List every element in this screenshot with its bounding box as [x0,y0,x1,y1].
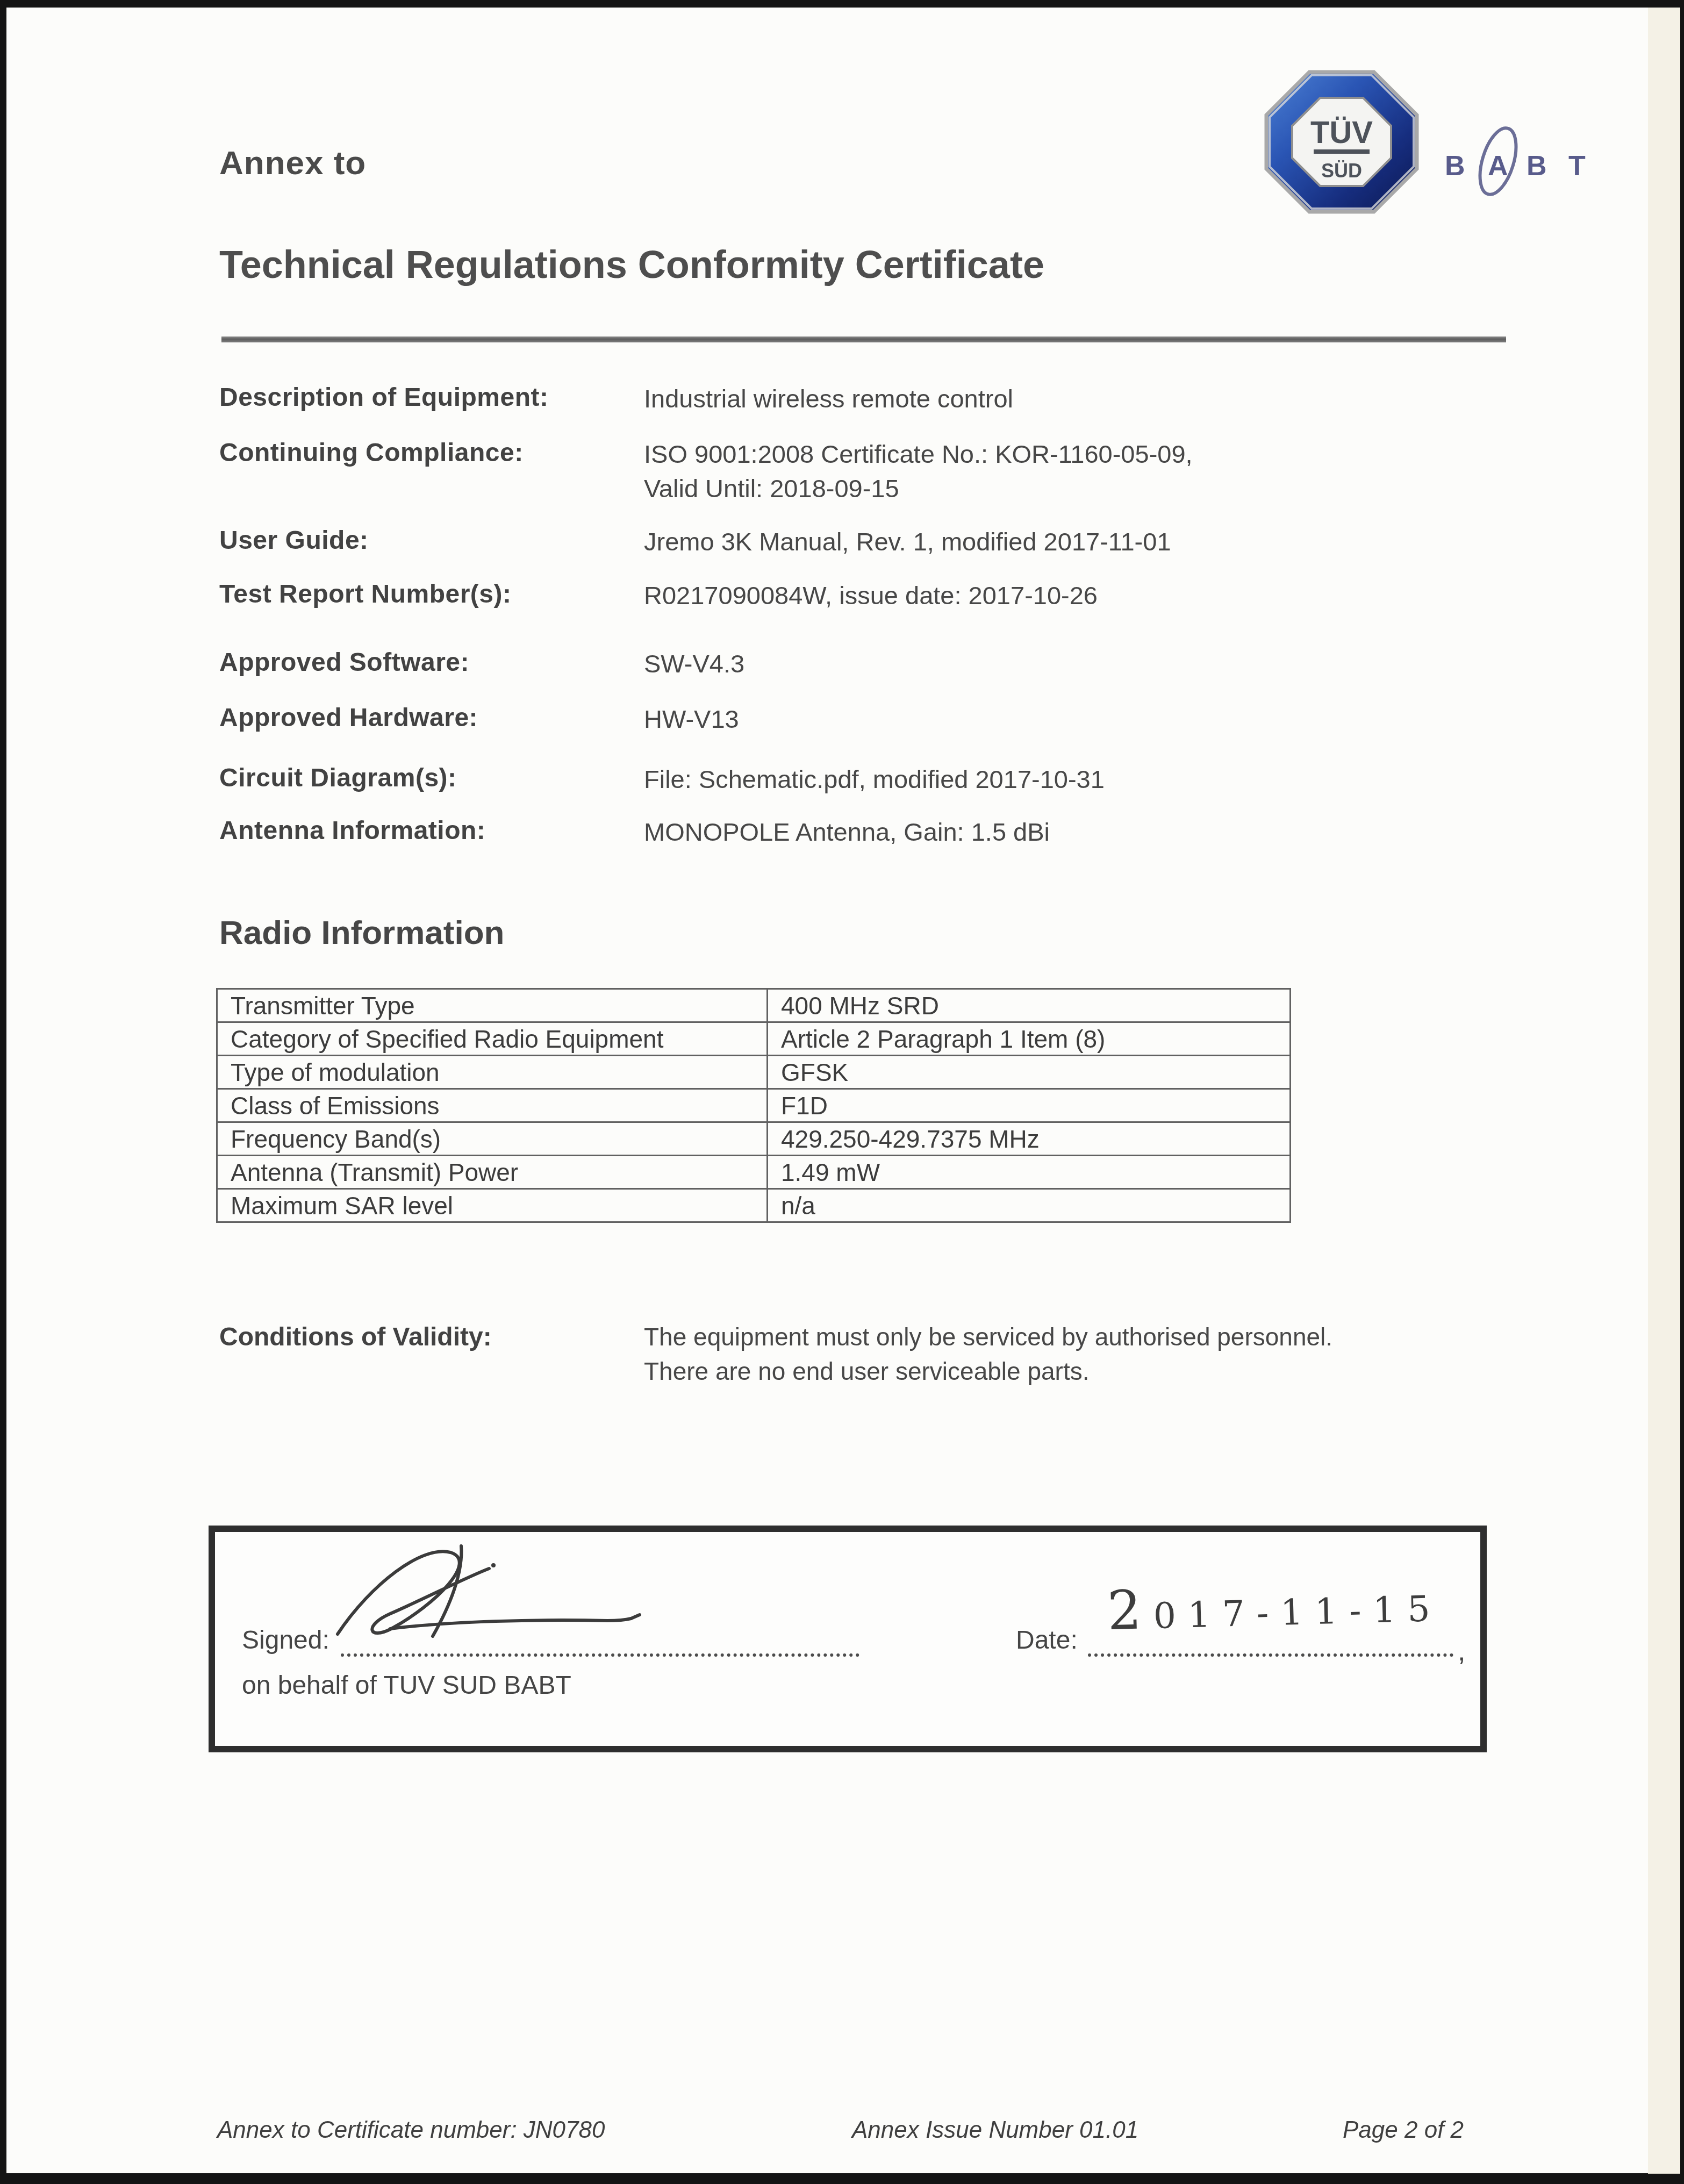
conditions-text-line1: The equipment must only be serviced by a… [644,1322,1332,1351]
footer-certificate-number: Annex to Certificate number: JN0780 [217,2117,605,2144]
field-label: Description of Equipment: [219,383,628,412]
table-cell-param: Antenna (Transmit) Power [217,1156,768,1189]
table-row: Frequency Band(s) 429.250-429.7375 MHz [217,1122,1291,1156]
annex-to-label: Annex to [219,144,366,182]
scan-edge-left [0,0,6,2184]
table-row: Category of Specified Radio Equipment Ar… [217,1022,1291,1056]
table-cell-value: GFSK [768,1056,1291,1089]
table-cell-param: Type of modulation [217,1056,768,1089]
field-value: ISO 9001:2008 Certificate No.: KOR-1160-… [644,439,1193,469]
radio-information-heading: Radio Information [219,914,504,952]
table-row: Transmitter Type 400 MHz SRD [217,989,1291,1022]
table-cell-param: Maximum SAR level [217,1189,768,1222]
field-label: Approved Hardware: [219,703,628,733]
babt-letter-b2: B [1527,151,1547,182]
field-label: Continuing Compliance: [219,438,628,468]
tuv-sud-babt-logo: TÜV SÜD B A B T [1263,69,1650,225]
table-cell-value: Article 2 Paragraph 1 Item (8) [768,1022,1291,1056]
scan-edge-bottom [0,2173,1684,2184]
field-label: Approved Software: [219,648,628,677]
table-row: Antenna (Transmit) Power 1.49 mW [217,1156,1291,1189]
table-cell-param: Category of Specified Radio Equipment [217,1022,768,1056]
table-cell-param: Transmitter Type [217,989,768,1022]
date-dotted-line [1088,1653,1453,1657]
certificate-page: Annex to TÜV SÜD B A B T [0,0,1684,2184]
table-cell-value: 429.250-429.7375 MHz [768,1122,1291,1156]
table-cell-value: 1.49 mW [768,1156,1291,1189]
scan-edge-right [1680,0,1684,2184]
field-value: SW-V4.3 [644,649,744,678]
field-value: MONOPOLE Antenna, Gain: 1.5 dBi [644,817,1050,847]
table-cell-param: Frequency Band(s) [217,1122,768,1156]
date-handwritten-value: 2017-11-15 [1107,1571,1443,1642]
field-label: Antenna Information: [219,816,628,846]
date-comma: , [1458,1635,1465,1667]
page-title: Technical Regulations Conformity Certifi… [219,243,1044,287]
scan-edge-top [0,0,1684,8]
field-value: R0217090084W, issue date: 2017-10-26 [644,581,1098,610]
table-row: Maximum SAR level n/a [217,1189,1291,1222]
field-label: User Guide: [219,526,628,555]
field-value: Industrial wireless remote control [644,384,1013,413]
footer-page-number: Page 2 of 2 [1343,2117,1464,2144]
signed-dotted-line [341,1653,859,1657]
field-value: Jremo 3K Manual, Rev. 1, modified 2017-1… [644,527,1171,556]
babt-letter-a: A [1488,151,1508,182]
date-label: Date: [1016,1626,1078,1655]
table-row: Type of modulation GFSK [217,1056,1291,1089]
conditions-label: Conditions of Validity: [219,1322,492,1352]
signed-label: Signed: [242,1626,329,1655]
scan-cream-strip [1648,8,1680,2174]
table-cell-value: n/a [768,1189,1291,1222]
table-cell-param: Class of Emissions [217,1089,768,1122]
field-value: HW-V13 [644,704,739,734]
field-label: Circuit Diagram(s): [219,763,628,793]
signature-handwriting [323,1538,742,1651]
field-label: Test Report Number(s): [219,579,628,609]
table-cell-value: F1D [768,1089,1291,1122]
babt-letter-b1: B [1445,151,1465,182]
tuv-text: TÜV [1310,115,1373,150]
babt-logo-icon: B A B T [1441,112,1618,219]
conditions-text-line2: There are no end user serviceable parts. [644,1357,1089,1386]
title-divider [221,336,1506,342]
radio-info-table: Transmitter Type 400 MHz SRD Category of… [216,988,1291,1223]
field-value-line2: Valid Until: 2018-09-15 [644,474,899,503]
field-value: File: Schematic.pdf, modified 2017-10-31 [644,764,1105,794]
on-behalf-text: on behalf of TUV SUD BABT [242,1671,571,1700]
table-row: Class of Emissions F1D [217,1089,1291,1122]
tuv-sud-octagon-icon: TÜV SÜD [1263,69,1420,215]
footer-annex-issue-number: Annex Issue Number 01.01 [852,2117,1138,2144]
table-cell-value: 400 MHz SRD [768,989,1291,1022]
sud-text: SÜD [1321,160,1362,182]
babt-swoosh-ellipse: T [1568,151,1586,182]
